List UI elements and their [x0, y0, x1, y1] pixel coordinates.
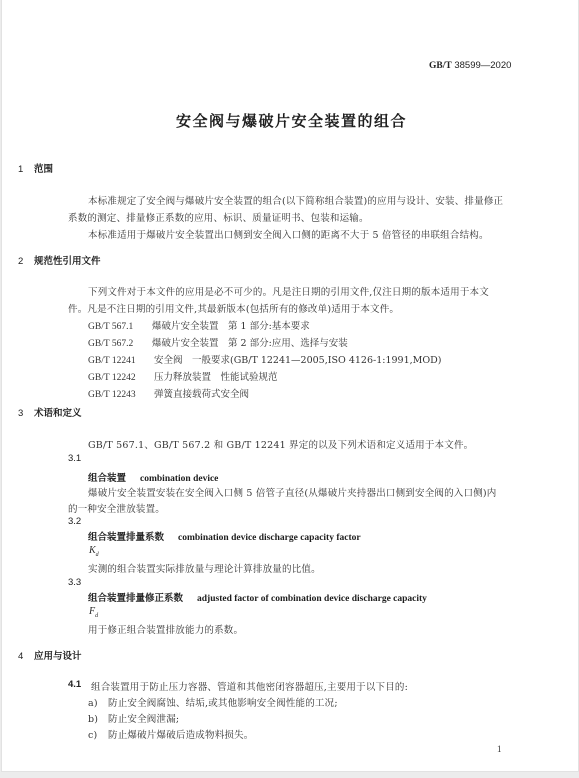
standard-number: GB/T 38599—2020 — [429, 60, 511, 71]
clause-number: 3.3 — [68, 577, 81, 588]
reference-code: GB/T 12243 — [88, 390, 154, 400]
term-en: combination device — [140, 474, 218, 484]
section-title: 术语和定义 — [34, 408, 82, 419]
list-text: 防止爆破片爆破后造成物料损失。 — [108, 730, 254, 741]
reference-code: GB/T 567.1 — [88, 322, 152, 332]
list-item: b)防止安全阀泄漏; — [88, 711, 179, 725]
section-number: 1 — [18, 164, 34, 175]
term-zh: 组合装置排量修正系数 — [88, 593, 183, 604]
scope-paragraph-line2: 系数的测定、排量修正系数的应用、标识、质量证明书、包装和运输。 — [68, 210, 369, 224]
reference-item: GB/T 567.1爆破片安全装置 第 1 部分:基本要求 — [88, 318, 310, 332]
list-text: 防止安全阀泄漏; — [108, 714, 179, 725]
term-definition-line1: 爆破片安全装置安装在安全阀入口侧 5 倍管子直径(从爆破片夹持器出口侧到安全阀的… — [88, 485, 497, 499]
section-title: 范围 — [34, 164, 53, 175]
reference-title: 爆破片安全装置 第 2 部分:应用、选择与安装 — [152, 338, 348, 349]
section-2-heading: 2规范性引用文件 — [18, 253, 101, 267]
term-symbol: Kd — [89, 545, 99, 558]
term-heading: 组合装置排量系数combination device discharge cap… — [88, 529, 361, 543]
reference-title: 压力释放装置 性能试验规范 — [154, 372, 278, 383]
list-item: c)防止爆破片爆破后造成物料损失。 — [88, 727, 254, 741]
reference-code: GB/T 12242 — [88, 373, 154, 383]
reference-item: GB/T 567.2爆破片安全装置 第 2 部分:应用、选择与安装 — [88, 335, 348, 349]
term-heading: 组合装置排量修正系数adjusted factor of combination… — [88, 590, 427, 604]
section-number: 4 — [18, 651, 34, 662]
term-definition-line1: 用于修正组合装置排放能力的系数。 — [88, 622, 243, 636]
symbol-subscript: d — [95, 613, 98, 619]
references-paragraph-line2: 件。凡是不注日期的引用文件,其最新版本(包括所有的修改单)适用于本文件。 — [68, 301, 399, 315]
reference-item: GB/T 12242压力释放装置 性能试验规范 — [88, 369, 278, 383]
section-title: 应用与设计 — [34, 651, 82, 662]
clause-4-1-text: 组合装置用于防止压力容器、管道和其他密闭容器超压,主要用于以下目的: — [91, 679, 408, 693]
references-paragraph-line1: 下列文件对于本文件的应用是必不可少的。凡是注日期的引用文件,仅注日期的版本适用于… — [88, 284, 489, 298]
page-number: 1 — [497, 744, 502, 754]
list-label: c) — [88, 730, 108, 741]
term-en: combination device discharge capacity fa… — [178, 533, 361, 543]
document-page: GB/T 38599—2020 安全阀与爆破片安全装置的组合 1范围 本标准规定… — [1, 0, 579, 772]
reference-code: GB/T 12241 — [88, 356, 154, 366]
list-label: a) — [88, 698, 108, 709]
term-zh: 组合装置 — [88, 473, 126, 484]
standard-code: 38599—2020 — [454, 60, 511, 71]
list-label: b) — [88, 714, 108, 725]
clause-number: 4.1 — [68, 679, 81, 690]
term-definition-line2: 的一种安全泄放装置。 — [68, 501, 165, 515]
terms-intro: GB/T 567.1、GB/T 567.2 和 GB/T 12241 界定的以及… — [88, 437, 473, 451]
section-4-heading: 4应用与设计 — [18, 648, 82, 662]
reference-item: GB/T 12241安全阀 一般要求(GB/T 12241—2005,ISO 4… — [88, 352, 442, 366]
symbol-letter: K — [89, 545, 96, 556]
section-number: 2 — [18, 256, 34, 267]
section-3-heading: 3术语和定义 — [18, 405, 82, 419]
clause-number: 3.2 — [68, 516, 81, 527]
list-text: 防止安全阀腐蚀、结垢,或其他影响安全阀性能的工况; — [108, 698, 338, 709]
list-item: a)防止安全阀腐蚀、结垢,或其他影响安全阀性能的工况; — [88, 695, 338, 709]
term-definition-line1: 实测的组合装置实际排放量与理论计算排放量的比值。 — [88, 561, 321, 575]
reference-title: 爆破片安全装置 第 1 部分:基本要求 — [152, 321, 310, 332]
term-en: adjusted factor of combination device di… — [197, 594, 427, 604]
term-heading: 组合装置combination device — [88, 470, 218, 484]
standard-prefix: GB/T — [429, 61, 452, 71]
scope-applicability: 本标准适用于爆破片安全装置出口侧到安全阀入口侧的距离不大于 5 倍管径的串联组合… — [88, 227, 489, 241]
term-zh: 组合装置排量系数 — [88, 532, 164, 543]
section-number: 3 — [18, 408, 34, 419]
reference-title: 安全阀 一般要求(GB/T 12241—2005,ISO 4126-1:1991… — [154, 355, 442, 366]
reference-code: GB/T 567.2 — [88, 339, 152, 349]
scope-paragraph-line1: 本标准规定了安全阀与爆破片安全装置的组合(以下简称组合装置)的应用与设计、安装、… — [88, 193, 503, 207]
document-title: 安全阀与爆破片安全装置的组合 — [2, 110, 579, 131]
symbol-subscript: d — [96, 552, 99, 558]
reference-title: 弹簧直接载荷式安全阀 — [154, 389, 249, 400]
reference-item: GB/T 12243弹簧直接载荷式安全阀 — [88, 386, 249, 400]
term-symbol: Fd — [89, 606, 98, 619]
clause-number: 3.1 — [68, 453, 81, 464]
section-1-heading: 1范围 — [18, 161, 53, 175]
section-title: 规范性引用文件 — [34, 256, 101, 267]
